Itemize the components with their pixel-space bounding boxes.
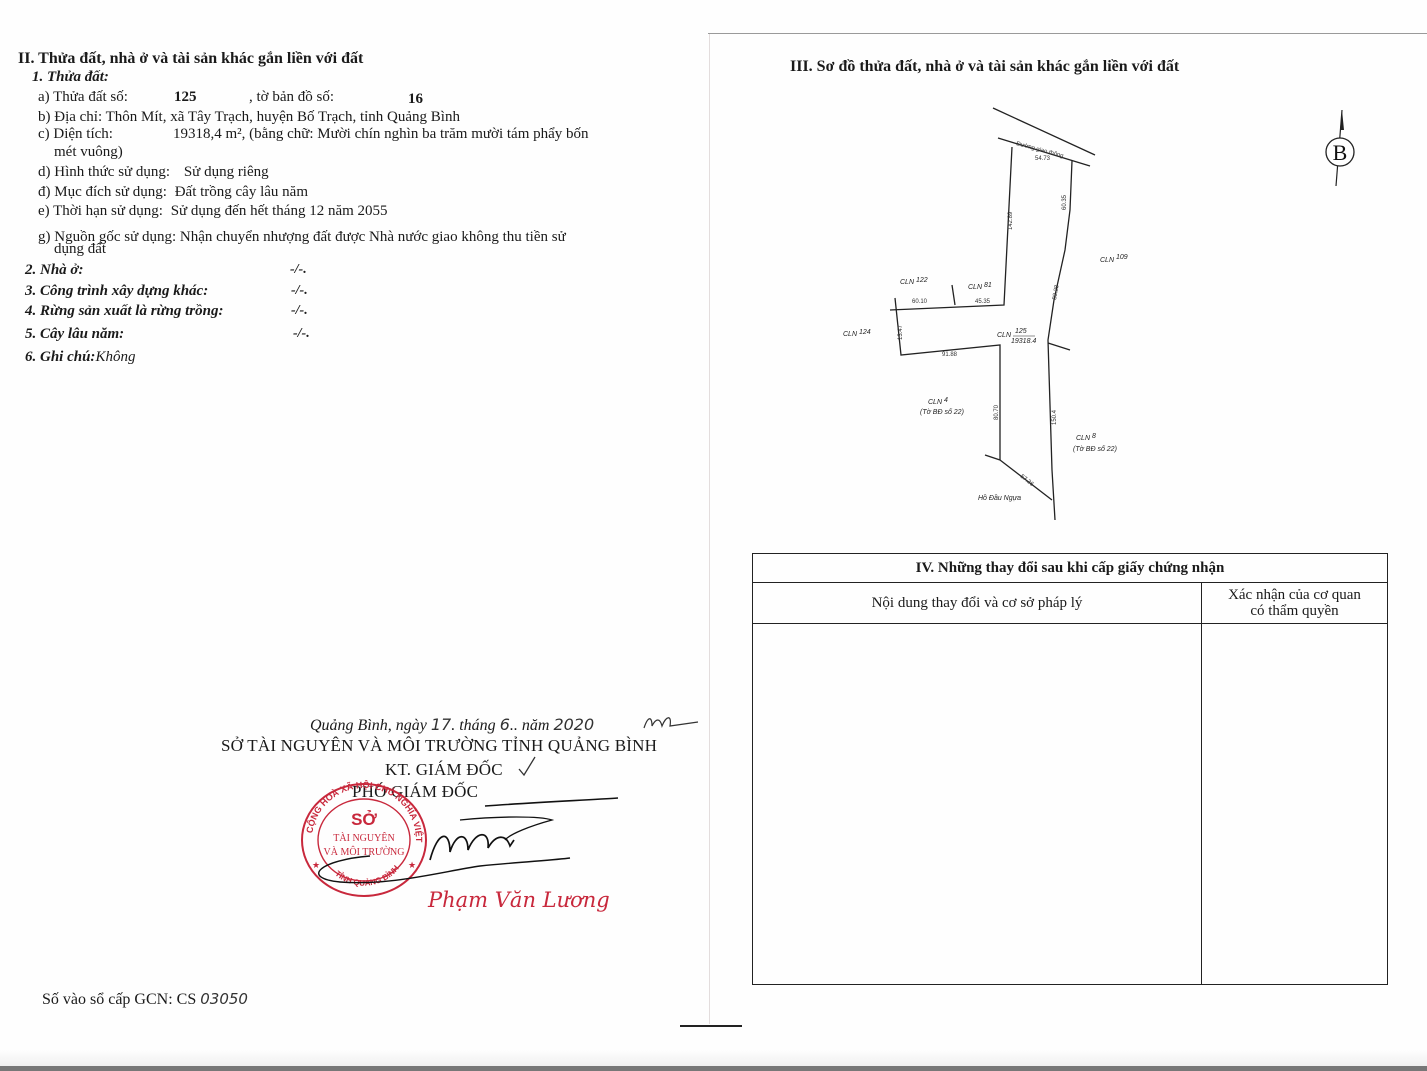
svg-text:CLN 122: CLN 122 — [900, 277, 928, 286]
registry-number: 03050 — [200, 990, 248, 1008]
land-heading: 1. Thửa đất: — [32, 69, 109, 86]
item-other-construction-value: -/-. — [291, 283, 308, 299]
note-value: Không — [95, 349, 135, 365]
map-sheet-number: 16 — [408, 91, 423, 108]
svg-text:CLN 4: CLN 4 — [928, 397, 948, 406]
col-authority-confirmation: Xác nhận của cơ quan có thẩm quyền — [1202, 583, 1388, 624]
usage-form-label: d) Hình thức sử dụng: — [38, 164, 170, 180]
bottom-edge — [0, 1066, 1427, 1071]
month-label: tháng — [459, 717, 495, 734]
parcel-no: 122 — [916, 277, 928, 284]
year-label: năm — [522, 717, 550, 734]
date-month: 6 — [500, 715, 510, 734]
parcel-area-125: 19318.4 — [1011, 338, 1036, 345]
note-label: 6. Ghi chú: — [25, 349, 95, 365]
signer-name: Phạm Văn Lương — [428, 888, 610, 912]
parcel-diagram: Đường giao thông 54.73 142.89 60.35 83.2… — [820, 95, 1140, 525]
parcel-code: CLN — [1100, 257, 1115, 264]
edge-label: 80.70 — [994, 404, 1000, 420]
term-label: e) Thời hạn sử dụng: — [38, 203, 163, 219]
edge-label: 60.35 — [1062, 194, 1068, 210]
edge-label: 150.4 — [1052, 409, 1058, 425]
north-arrow-icon: B — [1318, 108, 1362, 188]
parcel-note: (Tờ BĐ số 22) — [920, 408, 964, 416]
item-house-label: 2. Nhà ở: — [25, 262, 83, 278]
svg-text:CLN 81: CLN 81 — [968, 282, 992, 291]
col2-line2: có thẩm quyền — [1202, 603, 1387, 619]
edge-label: 54.73 — [1035, 156, 1051, 162]
address-value: Thôn Mít, xã Tây Trạch, huyện Bố Trạch, … — [106, 109, 460, 125]
lake-label: Hồ Đầu Ngựa — [978, 493, 1021, 502]
registry-row: Số vào sổ cấp GCN: CS 03050 — [42, 990, 248, 1009]
parcel-no-125: 125 — [1015, 328, 1027, 335]
page-fold-bottom-line — [680, 1025, 742, 1027]
change-content-cell — [753, 624, 1202, 985]
parcel-code: CLN — [843, 331, 858, 338]
item-perennial-trees: 5. Cây lâu năm: -/-. — [25, 326, 124, 343]
parcel-label: a) Thửa đất số: — [38, 89, 128, 105]
edge-label: 91.88 — [942, 352, 958, 358]
col-change-content: Nội dung thay đổi và cơ sở pháp lý — [753, 583, 1202, 624]
registry-label: Số vào sổ cấp GCN: CS — [42, 991, 196, 1008]
parcel-no: 8 — [1092, 433, 1096, 440]
bottom-shade — [0, 1050, 1427, 1066]
term-row: e) Thời hạn sử dụng: Sử dụng đến hết thá… — [38, 203, 388, 220]
origin-value: Nhận chuyển nhượng đất được Nhà nước gia… — [180, 229, 566, 245]
date-year: 2020 — [553, 715, 594, 734]
item-house: 2. Nhà ở: -/-. — [25, 262, 83, 279]
date-place: Quảng Bình, ngày — [310, 717, 427, 734]
parcel-code: CLN — [928, 399, 943, 406]
edge-label: 57.36 — [1019, 474, 1035, 488]
check-mark-icon — [515, 755, 539, 779]
edge-label: 83.28 — [1052, 284, 1061, 300]
section-3-title: III. Sơ đồ thửa đất, nhà ở và tài sản kh… — [790, 58, 1179, 76]
svg-text:CLN 109: CLN 109 — [1100, 254, 1128, 264]
origin-row: g) Nguồn gốc sử dụng: Nhận chuyển nhượng… — [38, 229, 566, 246]
edge-label: 142.89 — [1008, 211, 1014, 230]
area-value-cont: mét vuông) — [54, 144, 123, 161]
item-forest-label: 4. Rừng sản xuất là rừng trồng: — [25, 303, 223, 319]
changes-table: IV. Những thay đổi sau khi cấp giấy chứn… — [752, 553, 1388, 985]
edge-label: 60.10 — [912, 299, 928, 305]
parcel-code: CLN — [968, 284, 983, 291]
section-2-title: II. Thửa đất, nhà ở và tài sản khác gắn … — [18, 50, 363, 68]
svg-text:CLN 124: CLN 124 — [843, 329, 871, 338]
item-forest: 4. Rừng sản xuất là rừng trồng: -/-. — [25, 303, 223, 320]
item-house-value: -/-. — [290, 262, 307, 278]
parcel-number: 125 — [174, 89, 197, 106]
area-label: c) Diện tích: — [38, 126, 113, 142]
note-row: 6. Ghi chú:Không — [25, 349, 135, 366]
authority-confirmation-cell — [1202, 624, 1388, 985]
address-row: b) Địa chỉ: Thôn Mít, xã Tây Trạch, huyệ… — [38, 109, 460, 126]
item-forest-value: -/-. — [291, 303, 308, 319]
parcel-no: 81 — [984, 282, 992, 289]
signer-title-1: KT. GIÁM ĐỐC — [385, 760, 503, 780]
parcel-number-row: a) Thửa đất số: 125 , tờ bản đồ số: 16 — [38, 89, 128, 106]
parcel-code: CLN — [1076, 435, 1091, 442]
parcel-code-125: CLN — [997, 332, 1012, 339]
item-other-construction-label: 3. Công trình xây dựng khác: — [25, 283, 208, 299]
usage-form-value: Sử dụng riêng — [184, 164, 269, 180]
item-other-construction: 3. Công trình xây dựng khác: -/-. — [25, 283, 208, 300]
item-perennial-trees-value: -/-. — [293, 326, 310, 342]
page-fold-top-line — [708, 33, 1427, 34]
purpose-value: Đất trồng cây lâu năm — [175, 184, 308, 200]
edge-label: 13.47 — [898, 324, 904, 340]
issuing-org: SỞ TÀI NGUYÊN VÀ MÔI TRƯỜNG TỈNH QUẢNG B… — [221, 736, 657, 756]
map-sheet-label: , tờ bản đồ số: — [249, 89, 334, 106]
section-4-title: IV. Những thay đổi sau khi cấp giấy chứn… — [753, 554, 1388, 583]
address-label: b) Địa chỉ: — [38, 109, 102, 125]
parcel-no: 4 — [944, 397, 948, 404]
signing-date: Quảng Bình, ngày 17. tháng 6.. năm 2020 — [310, 715, 594, 735]
item-perennial-trees-label: 5. Cây lâu năm: — [25, 326, 124, 342]
north-symbol: B — [1333, 140, 1348, 165]
parcel-no: 124 — [859, 329, 871, 336]
usage-form-row: d) Hình thức sử dụng: Sử dụng riêng — [38, 164, 269, 181]
handwritten-signature-icon — [300, 790, 630, 890]
parcel-no: 109 — [1116, 254, 1128, 261]
area-value: 19318,4 m², (bằng chữ: Mười chín nghìn b… — [173, 126, 589, 143]
parcel-code: CLN — [900, 279, 915, 286]
term-value: Sử dụng đến hết tháng 12 năm 2055 — [171, 203, 388, 219]
purpose-label: đ) Mục đích sử dụng: — [38, 184, 167, 200]
col2-line1: Xác nhận của cơ quan — [1202, 587, 1387, 603]
area-row: c) Diện tích: 19318,4 m², (bằng chữ: Mườ… — [38, 126, 113, 143]
date-day: 17 — [431, 715, 451, 734]
svg-text:CLN 8: CLN 8 — [1076, 433, 1096, 442]
parcel-note: (Tờ BĐ số 22) — [1073, 445, 1117, 453]
purpose-row: đ) Mục đích sử dụng: Đất trồng cây lâu n… — [38, 184, 308, 201]
origin-value-cont: dụng đất — [54, 241, 106, 258]
edge-label: 45.35 — [975, 299, 991, 305]
page-fold-center — [709, 34, 710, 1024]
initial-mark-icon — [640, 712, 700, 732]
